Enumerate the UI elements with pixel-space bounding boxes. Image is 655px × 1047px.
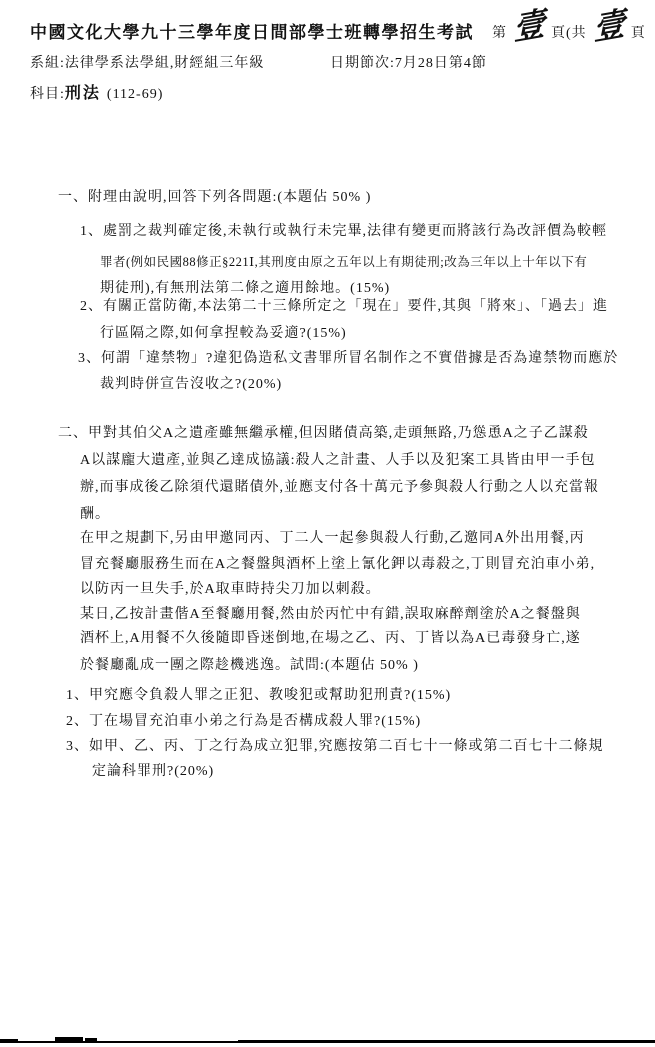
subject-code: (112-69): [107, 87, 163, 102]
exam-line-q2-p4: 在甲之規劃下,另由甲邀同丙、丁二人一起參與殺人行動,乙邀同A外出用餐,丙: [80, 529, 585, 549]
exam-line-q2-p8: 酒杯上,A用餐不久後隨即昏迷倒地,在場之乙、丙、丁皆以為A已毒發身亡,遂: [80, 629, 581, 649]
exam-line-q2-p7: 某日,乙按計畫偕A至餐廳用餐,然由於丙忙中有錯,誤取麻醉劑塗於A之餐盤與: [80, 605, 581, 625]
exam-line-q2-p5: 冒充餐廳服務生而在A之餐盤與酒杯上塗上氰化鉀以毒殺之,丁則冒充泊車小弟,: [80, 555, 595, 575]
subject-name: 刑法: [65, 85, 101, 102]
page-label-middle: 頁(共: [551, 22, 587, 42]
scan-artifact-blob: [85, 1038, 97, 1042]
exam-line-q2-2: 2、丁在場冒充泊車小弟之行為是否構成殺人罪?(15%): [66, 712, 421, 732]
scan-artifact-blob: [55, 1037, 83, 1043]
exam-line-q2-p9: 於餐廳亂成一團之際趁機逃逸。試問:(本題佔 50% ): [80, 656, 419, 676]
exam-line-q1-2: 2、有關正當防衛,本法第二十三條所定之「現在」要件,其與「將來」、「過去」進: [80, 297, 608, 317]
exam-line-q2-p6: 以防丙一旦失手,於A取車時持尖刀加以刺殺。: [80, 580, 381, 600]
exam-line-q2-3: 3、如甲、乙、丙、丁之行為成立犯罪,究應按第二百七十一條或第二百七十二條規: [66, 737, 604, 757]
subject-line: 科目:刑法(112-69): [30, 80, 163, 103]
exam-line-q1-1-cont: 期徒刑),有無刑法第二條之適用餘地。(15%): [100, 279, 390, 299]
page-label-suffix: 頁: [631, 22, 646, 42]
exam-line-q2-3-cont: 定論科罪刑?(20%): [92, 762, 214, 782]
handwritten-page-total: 壹: [592, 7, 625, 45]
date-session-line: 日期節次:7月28日第4節: [330, 52, 487, 72]
exam-line-q2-p3: 酬。: [80, 505, 110, 525]
exam-line-q1-1: 1、處罰之裁判確定後,未執行或執行未完畢,法律有變更而將該行為改評價為較輕: [80, 222, 607, 242]
department-line: 系組:法律學系法學組,財經組三年級: [30, 52, 264, 72]
exam-title: 中國文化大學九十三學年度日間部學士班轉學招生考試: [30, 18, 474, 43]
exam-paper-page: 中國文化大學九十三學年度日間部學士班轉學招生考試 第 壹 頁(共 壹 頁 系組:…: [0, 0, 655, 1047]
exam-line-q1-header: 一、附理由說明,回答下列各問題:(本題佔 50% ): [58, 188, 371, 208]
exam-line-q2-header: 二、甲對其伯父A之遺產雖無繼承權,但因賭債高築,走頭無路,乃慫恿A之子乙謀殺: [58, 424, 589, 444]
exam-line-q1-1-note: 罪者(例如民國88修正§221Ⅰ,其刑度由原之五年以上有期徒刑;改為三年以上十年…: [100, 252, 587, 272]
handwritten-page-number: 壹: [513, 7, 546, 45]
exam-line-q2-p1: A以謀龐大遺產,並與乙達成協議:殺人之計畫、人手以及犯案工具皆由甲一手包: [80, 451, 596, 471]
page-label-prefix: 第: [492, 22, 507, 42]
scan-artifact-blob: [238, 1040, 655, 1043]
exam-line-q1-3: 3、何謂「違禁物」?違犯偽造私文書罪所冒名制作之不實借據是否為違禁物而應於: [78, 349, 618, 369]
exam-line-q1-3-cont: 裁判時併宣告沒收之?(20%): [100, 375, 282, 395]
subject-label: 科目:: [30, 87, 65, 102]
exam-line-q2-1: 1、甲究應令負殺人罪之正犯、教唆犯或幫助犯刑責?(15%): [66, 686, 451, 706]
exam-line-q2-p2: 辦,而事成後乙除須代還賭債外,並應支付各十萬元予參與殺人行動之人以充當報: [80, 478, 599, 498]
page-number-field: 第 壹 頁(共 壹 頁: [492, 8, 646, 42]
scan-artifact-blob: [0, 1039, 18, 1043]
exam-line-q1-2-cont: 行區隔之際,如何拿捏較為妥適?(15%): [100, 324, 347, 344]
